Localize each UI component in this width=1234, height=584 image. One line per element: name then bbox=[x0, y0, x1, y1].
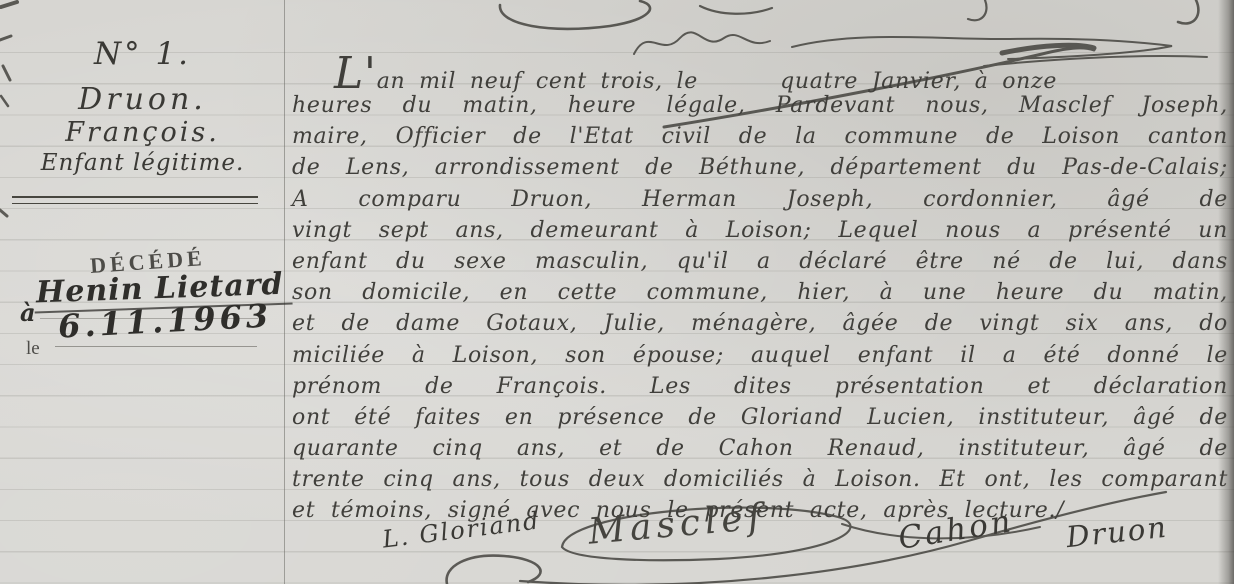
death-stamp-place-prefix: à bbox=[20, 298, 36, 327]
stray-pen-stroke-cap bbox=[1002, 45, 1094, 53]
margin-divider-rule bbox=[12, 196, 258, 204]
act-line-14: trente cinq ans, tous deux domiciliés à … bbox=[292, 464, 1228, 495]
cutoff-header-stroke-4 bbox=[1178, 0, 1198, 23]
act-line-4: de Lens, arrondissement de Béthune, dépa… bbox=[292, 152, 1228, 183]
act-text-column: L'an mil neuf cent trois, le quatre Janv… bbox=[292, 56, 1228, 527]
act-line-6: vingt sept ans, demeurant à Loison; Lequ… bbox=[292, 215, 1228, 246]
act-line-10: miciliée à Loison, son épouse; auquel en… bbox=[292, 340, 1228, 371]
act-line-11: prénom de François. Les dites présentati… bbox=[292, 371, 1228, 402]
act-line-12: ont été faites en présence de Gloriand L… bbox=[292, 402, 1228, 433]
birth-act-scan: N° 1. Druon. François. Enfant légitime. … bbox=[0, 0, 1234, 584]
act-line-7: enfant du sexe masculin, qu'il a déclaré… bbox=[292, 246, 1228, 277]
act-line-8: son domicile, en cette commune, hier, à … bbox=[292, 277, 1228, 308]
act-line-2: heures du matin, heure légale, Pardevant… bbox=[292, 90, 1228, 121]
illegible-annotation-scrawl-1 bbox=[634, 32, 770, 54]
act-line-1: L'an mil neuf cent trois, le quatre Janv… bbox=[292, 56, 1234, 90]
act-line-13: quarante cinq ans, et de Cahon Renaud, i… bbox=[292, 433, 1228, 464]
margin-column: N° 1. Druon. François. Enfant légitime. … bbox=[0, 0, 285, 584]
scan-edge-shadow bbox=[1218, 0, 1234, 584]
act-line-5: A comparu Druon, Herman Joseph, cordonni… bbox=[292, 184, 1228, 215]
margin-given-name: François. bbox=[0, 117, 285, 148]
margin-surname: Druon. bbox=[0, 82, 285, 117]
act-number: N° 1. bbox=[0, 36, 285, 72]
act-line-9: et de dame Gotaux, Julie, ménagère, âgée… bbox=[292, 308, 1228, 339]
death-stamp-date-line bbox=[55, 346, 257, 347]
death-stamp-date-prefix: le bbox=[26, 338, 40, 360]
cutoff-header-stroke-2 bbox=[700, 6, 772, 14]
margin-filiation: Enfant légitime. bbox=[0, 150, 285, 176]
cutoff-header-stroke-1 bbox=[500, 1, 650, 29]
bottom-cutoff-letter bbox=[447, 556, 541, 584]
cutoff-header-stroke-3 bbox=[968, 0, 986, 20]
act-line-3: maire, Officier de l'Etat civil de la co… bbox=[292, 121, 1228, 152]
